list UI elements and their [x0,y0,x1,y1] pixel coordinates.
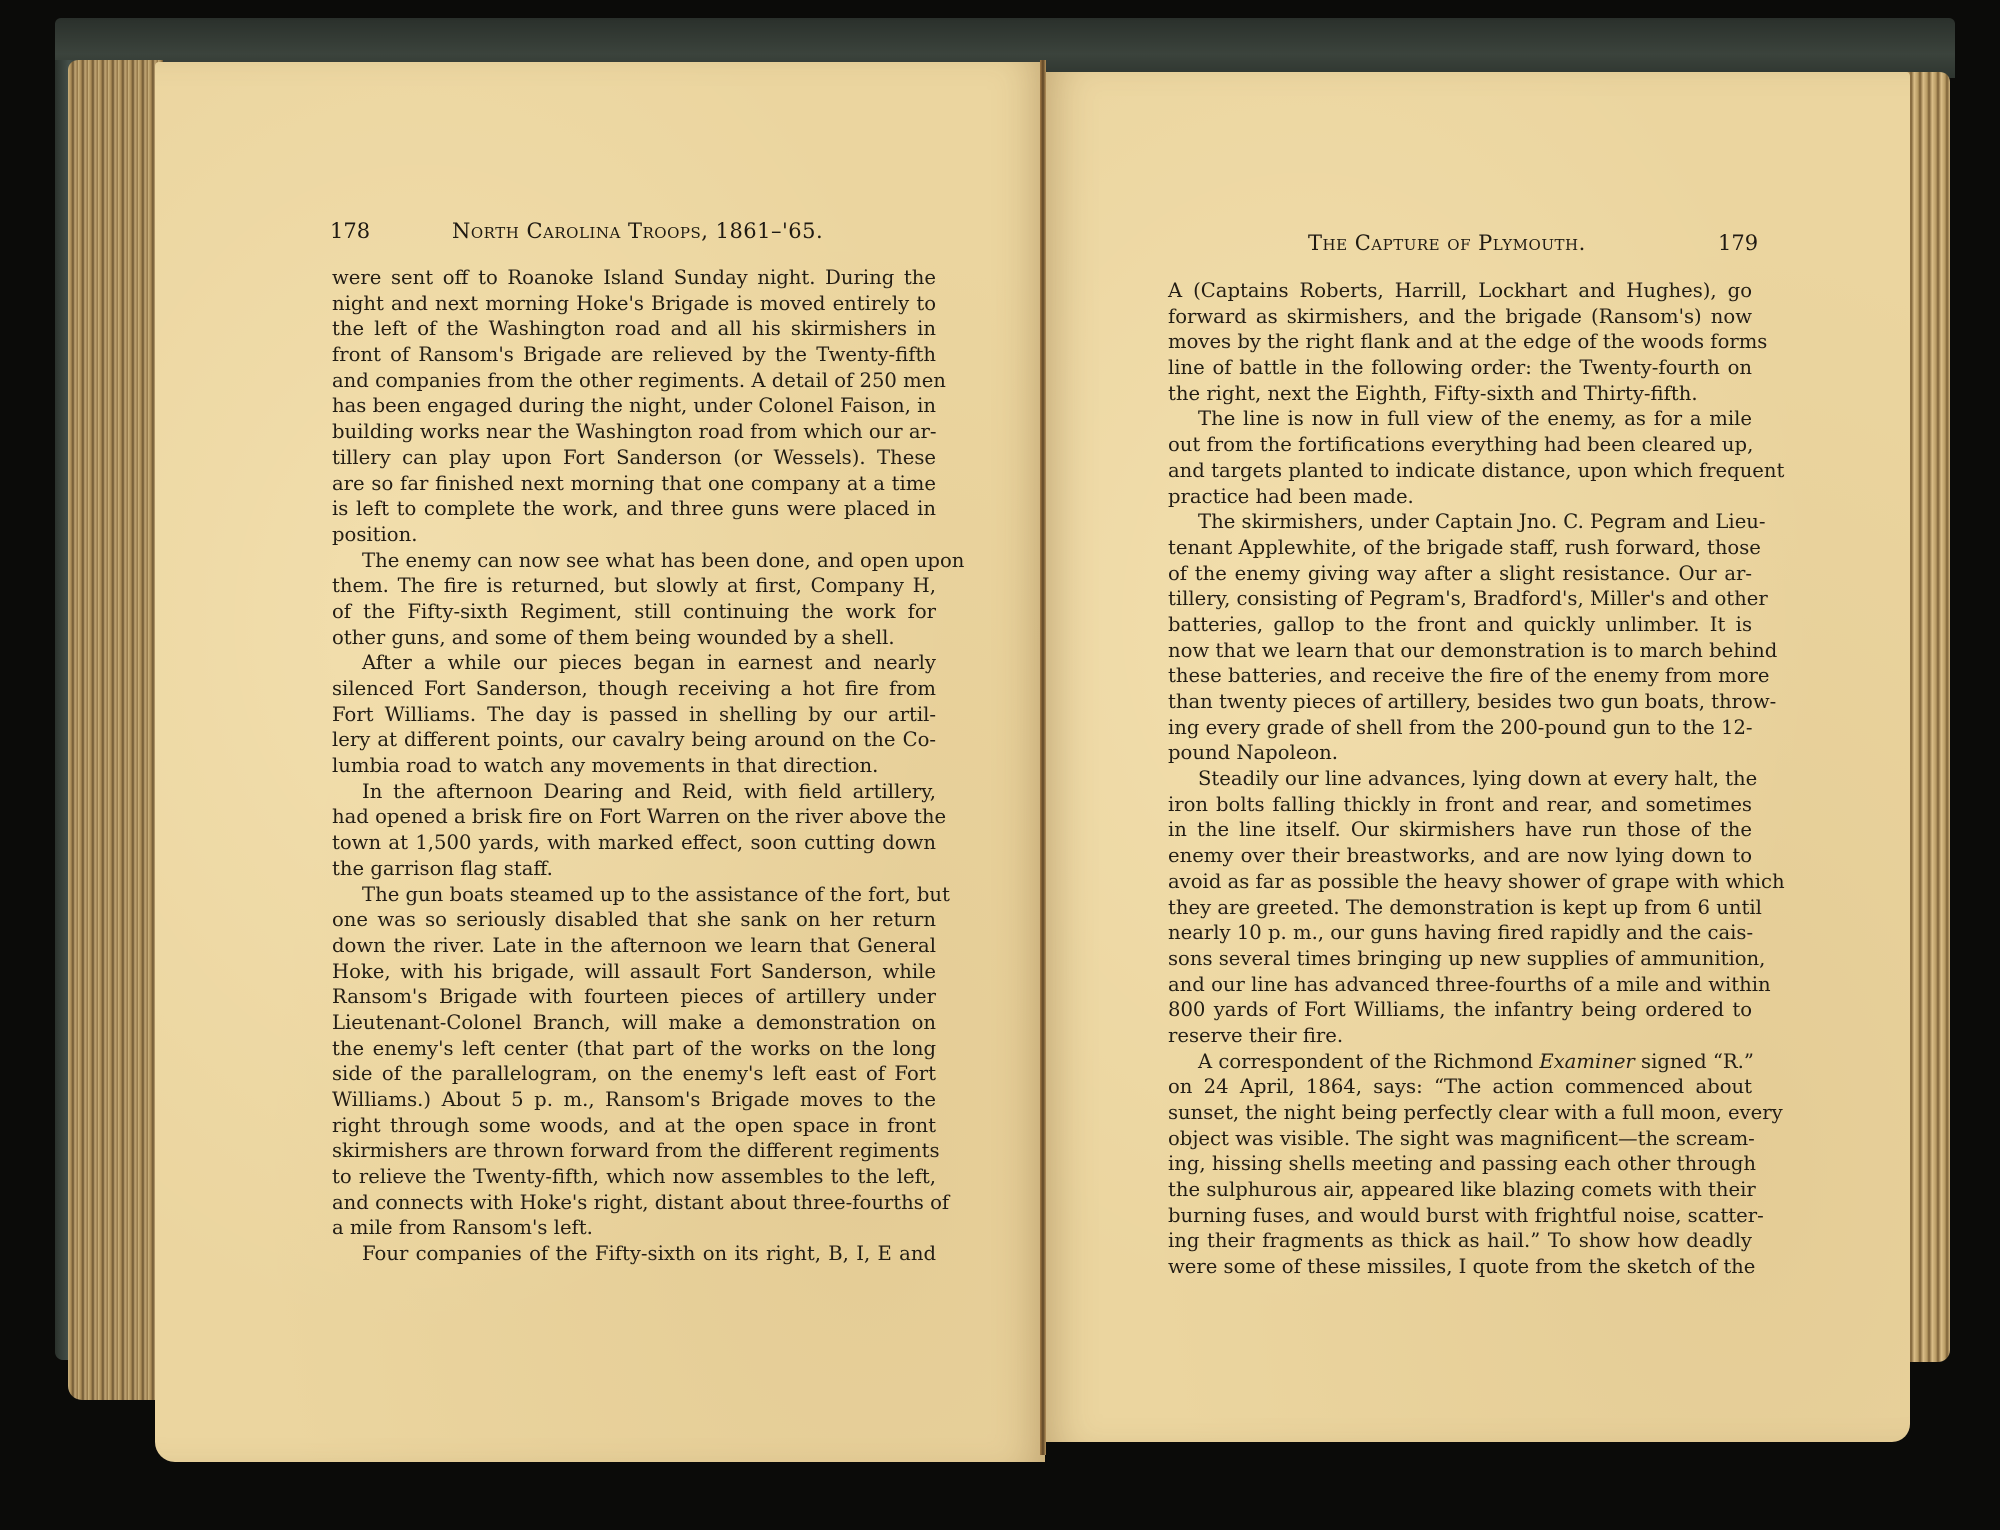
text-line: Steadily our line advances, lying down a… [1168,766,1752,792]
text-line: the left of the Washington road and all … [332,316,936,342]
text-line: side of the parallelogram, on the enemy'… [332,1061,936,1087]
text-line: are so far finished next morning that on… [332,471,936,497]
text-line: of the enemy giving way after a slight r… [1168,561,1752,587]
text-line: front of Ransom's Brigade are relieved b… [332,342,936,368]
text-line: town at 1,500 yards, with marked effect,… [332,830,936,856]
text-line: and connects with Hoke's right, distant … [332,1190,936,1216]
text-line: object was visible. The sight was magnif… [1168,1126,1752,1152]
newspaper-title: Examiner [1539,1050,1634,1073]
page-edges-left [68,60,163,1400]
text-line: they are greeted. The demonstration is k… [1168,895,1752,921]
text-line: forward as skirmishers, and the brigade … [1168,304,1752,330]
text-line: one was so seriously disabled that she s… [332,907,936,933]
text-line: a mile from Ransom's left. [332,1215,936,1241]
text-line: the right, next the Eighth, Fifty-sixth … [1168,381,1752,407]
text-line: nearly 10 p. m., our guns having fired r… [1168,920,1752,946]
text-line: tillery, consisting of Pegram's, Bradfor… [1168,586,1752,612]
text-line: line of battle in the following order: t… [1168,355,1752,381]
text-line: night and next morning Hoke's Brigade is… [332,291,936,317]
text-fragment: signed “R.” [1635,1050,1754,1073]
text-line: In the afternoon Dearing and Reid, with … [332,779,936,805]
text-line: the sulphurous air, appeared like blazin… [1168,1177,1752,1203]
page-number-left: 178 [330,219,370,243]
text-line: right through some woods, and at the ope… [332,1113,936,1139]
text-line: After a while our pieces began in earnes… [332,650,936,676]
text-line: out from the fortifications everything h… [1168,432,1752,458]
text-line: position. [332,522,936,548]
text-fragment: A correspondent of the Richmond [1198,1050,1539,1073]
text-line: skirmishers are thrown forward from the … [332,1138,936,1164]
text-line: A (Captains Roberts, Harrill, Lockhart a… [1168,278,1752,304]
text-line: the garrison flag staff. [332,856,936,882]
text-line: Williams.) About 5 p. m., Ransom's Briga… [332,1087,936,1113]
text-line: than twenty pieces of artillery, besides… [1168,689,1752,715]
page-edges-right [1905,72,1950,1362]
text-line-with-italic: A correspondent of the Richmond Examiner… [1168,1049,1752,1075]
text-line: to relieve the Twenty-fifth, which now a… [332,1164,936,1190]
text-line: is left to complete the work, and three … [332,496,936,522]
text-line: were some of these missiles, I quote fro… [1168,1254,1752,1280]
text-line: The skirmishers, under Captain Jno. C. P… [1168,509,1752,535]
text-line: has been engaged during the night, under… [332,393,936,419]
text-line: batteries, gallop to the front and quick… [1168,612,1752,638]
text-line: burning fuses, and would burst with frig… [1168,1203,1752,1229]
text-line: them. The fire is returned, but slowly a… [332,573,936,599]
text-line: building works near the Washington road … [332,419,936,445]
text-line: other guns, and some of them being wound… [332,625,936,651]
text-line: The enemy can now see what has been done… [332,548,936,574]
text-line: the enemy's left center (that part of th… [332,1036,936,1062]
text-line: down the river. Late in the afternoon we… [332,933,936,959]
text-line: The gun boats steamed up to the assistan… [332,882,936,908]
running-head-left: North Carolina Troops, 1861–'65. [452,219,823,243]
text-line: ing every grade of shell from the 200-po… [1168,715,1752,741]
text-line: sons several times bringing up new suppl… [1168,946,1752,972]
text-line: tillery can play upon Fort Sanderson (or… [332,445,936,471]
text-line: avoid as far as possible the heavy showe… [1168,869,1752,895]
text-line: and companies from the other regiments. … [332,368,936,394]
text-line: Fort Williams. The day is passed in shel… [332,702,936,728]
text-line: lumbia road to watch any movements in th… [332,753,936,779]
book-gutter [1040,60,1046,1455]
text-line: Hoke, with his brigade, will assault For… [332,959,936,985]
text-line: of the Fifty-sixth Regiment, still conti… [332,599,936,625]
text-line: reserve their fire. [1168,1023,1752,1049]
page-number-right: 179 [1718,231,1758,255]
left-page-text: were sent off to Roanoke Island Sunday n… [332,265,936,1267]
text-line: moves by the right flank and at the edge… [1168,329,1752,355]
running-head-right: The Capture of Plymouth. [1308,231,1586,255]
text-line: Lieutenant-Colonel Branch, will make a d… [332,1010,936,1036]
text-line: tenant Applewhite, of the brigade staff,… [1168,535,1752,561]
text-line: lery at different points, our cavalry be… [332,727,936,753]
text-line: iron bolts falling thickly in front and … [1168,792,1752,818]
text-line: had opened a brisk fire on Fort Warren o… [332,804,936,830]
text-line: enemy over their breastworks, and are no… [1168,843,1752,869]
text-line: Ransom's Brigade with fourteen pieces of… [332,984,936,1010]
text-line: practice had been made. [1168,484,1752,510]
text-line: sunset, the night being perfectly clear … [1168,1100,1752,1126]
text-line: silenced Fort Sanderson, though receivin… [332,676,936,702]
text-line: ing, hissing shells meeting and passing … [1168,1151,1752,1177]
text-line: and targets planted to indicate distance… [1168,458,1752,484]
text-line: The line is now in full view of the enem… [1168,406,1752,432]
text-line: 800 yards of Fort Williams, the infantry… [1168,997,1752,1023]
text-line: pound Napoleon. [1168,740,1752,766]
text-line: ing their fragments as thick as hail.” T… [1168,1228,1752,1254]
text-line: in the line itself. Our skirmishers have… [1168,817,1752,843]
text-line: Four companies of the Fifty-sixth on its… [332,1241,936,1267]
text-line: these batteries, and receive the fire of… [1168,663,1752,689]
text-line: on 24 April, 1864, says: “The action com… [1168,1074,1752,1100]
text-line: now that we learn that our demonstration… [1168,638,1752,664]
text-line: and our line has advanced three-fourths … [1168,972,1752,998]
right-page-text: A (Captains Roberts, Harrill, Lockhart a… [1168,278,1752,1280]
text-line: were sent off to Roanoke Island Sunday n… [332,265,936,291]
